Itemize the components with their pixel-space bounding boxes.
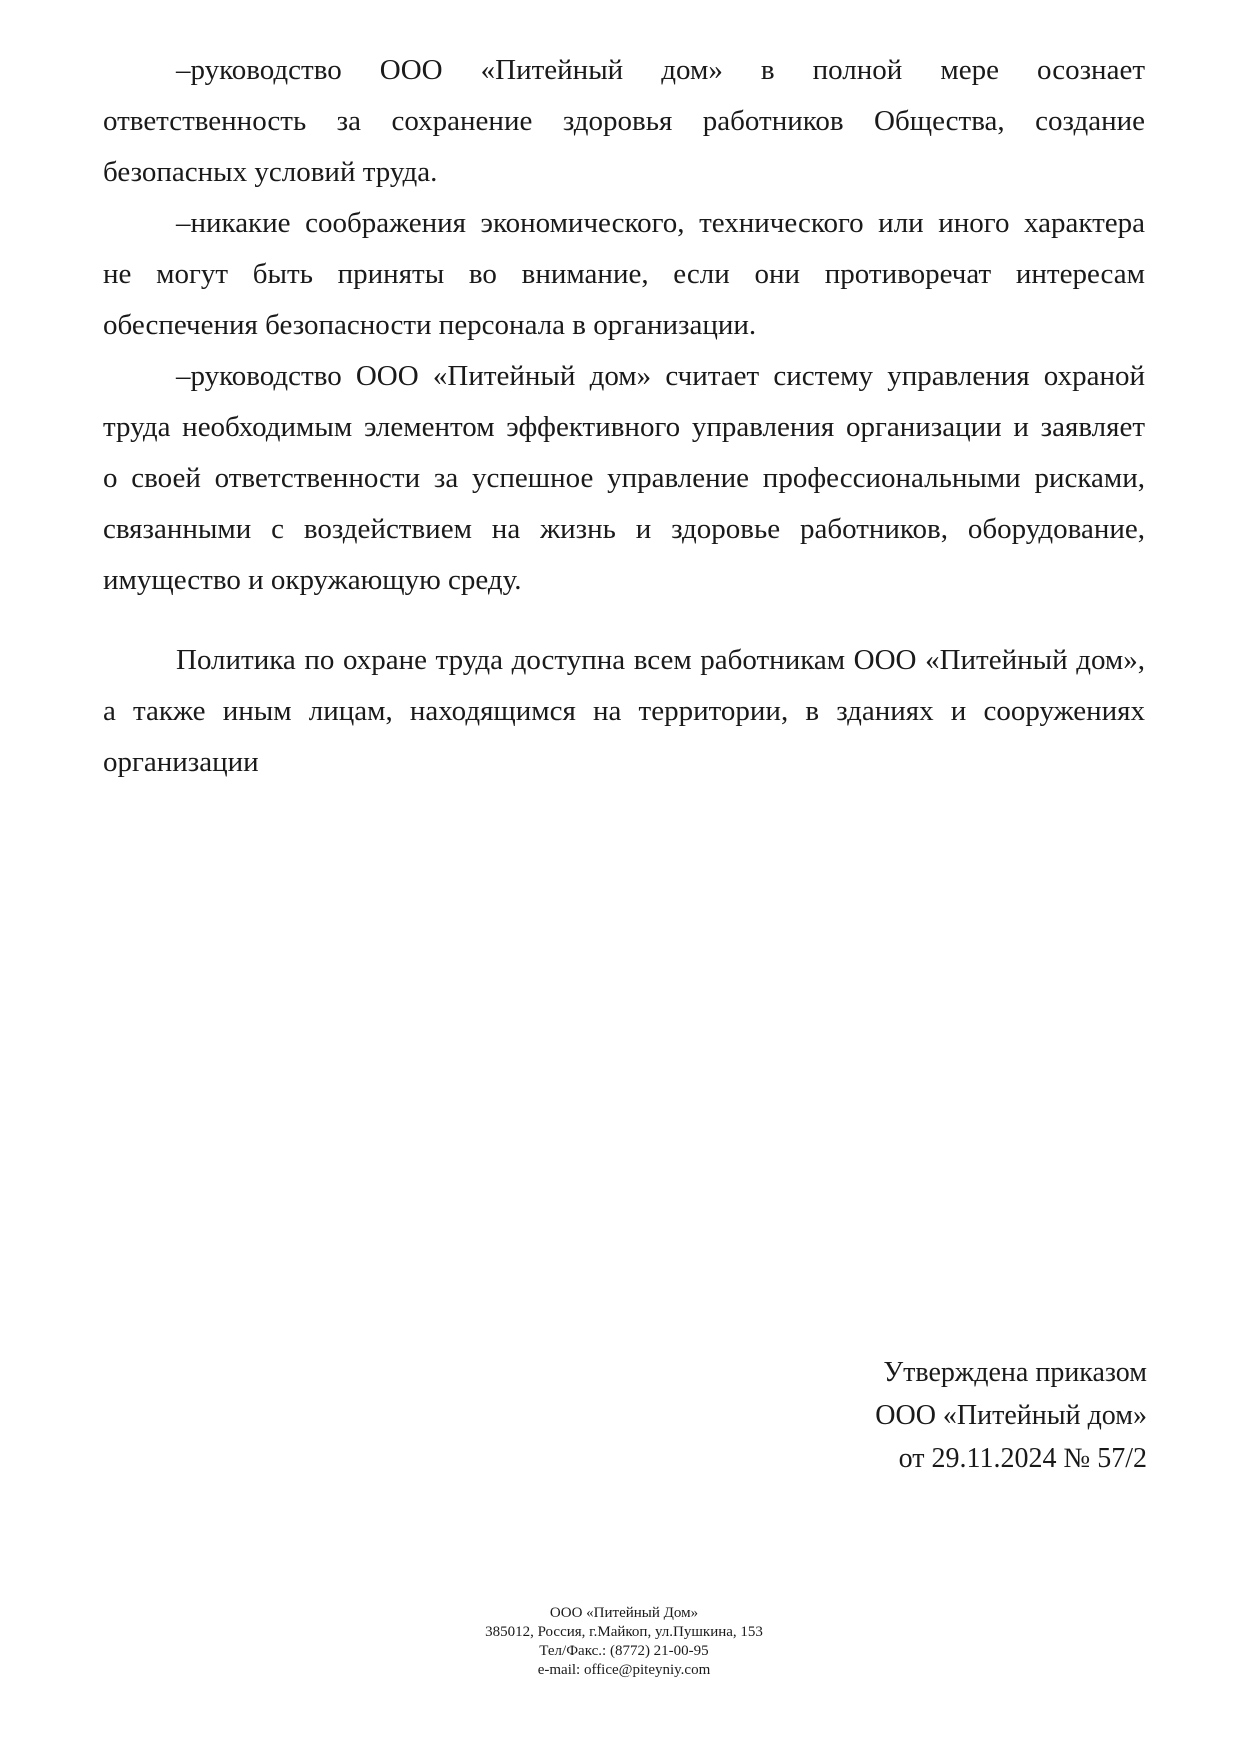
policy-paragraph-availability: Политика по охране труда доступна всем р…: [103, 635, 1145, 788]
text-line: –руководство ООО «Питейный дом» считает …: [103, 351, 1145, 402]
policy-paragraph-no-considerations: –никакие соображения экономического, тех…: [103, 198, 1145, 351]
company-footer: ООО «Питейный Дом»385012, Россия, г.Майк…: [103, 1604, 1145, 1680]
text-line: имущество и окружающую среду.: [103, 555, 1145, 606]
text-line: –руководство ООО «Питейный дом» в полной…: [103, 45, 1145, 96]
text-line: безопасных условий труда.: [103, 147, 1145, 198]
text-line: труда необходимым элементом эффективного…: [103, 402, 1145, 453]
policy-paragraph-responsibility: –руководство ООО «Питейный дом» в полной…: [103, 45, 1145, 198]
text-line: не могут быть приняты во внимание, если …: [103, 249, 1145, 300]
text-line: связанными с воздействием на жизнь и здо…: [103, 504, 1145, 555]
text-line: от 29.11.2024 № 57/2: [727, 1437, 1147, 1480]
text-line: организации: [103, 737, 1145, 788]
policy-paragraph-management-system: –руководство ООО «Питейный дом» считает …: [103, 351, 1145, 606]
text-line: а также иным лицам, находящимся на терри…: [103, 686, 1145, 737]
text-line: e-mail: office@piteyniy.com: [103, 1661, 1145, 1680]
text-line: обеспечения безопасности персонала в орг…: [103, 300, 1145, 351]
text-line: о своей ответственности за успешное упра…: [103, 453, 1145, 504]
text-line: 385012, Россия, г.Майкоп, ул.Пушкина, 15…: [103, 1623, 1145, 1642]
document-page: –руководство ООО «Питейный дом» в полной…: [0, 0, 1241, 1755]
approval-block: Утверждена приказомООО «Питейный дом»от …: [727, 1351, 1147, 1480]
text-line: ответственность за сохранение здоровья р…: [103, 96, 1145, 147]
document-body: –руководство ООО «Питейный дом» в полной…: [103, 45, 1145, 788]
text-line: –никакие соображения экономического, тех…: [103, 198, 1145, 249]
text-line: ООО «Питейный Дом»: [103, 1604, 1145, 1623]
text-line: ООО «Питейный дом»: [727, 1394, 1147, 1437]
text-line: Тел/Факс.: (8772) 21-00-95: [103, 1642, 1145, 1661]
text-line: Утверждена приказом: [727, 1351, 1147, 1394]
text-line: Политика по охране труда доступна всем р…: [103, 635, 1145, 686]
